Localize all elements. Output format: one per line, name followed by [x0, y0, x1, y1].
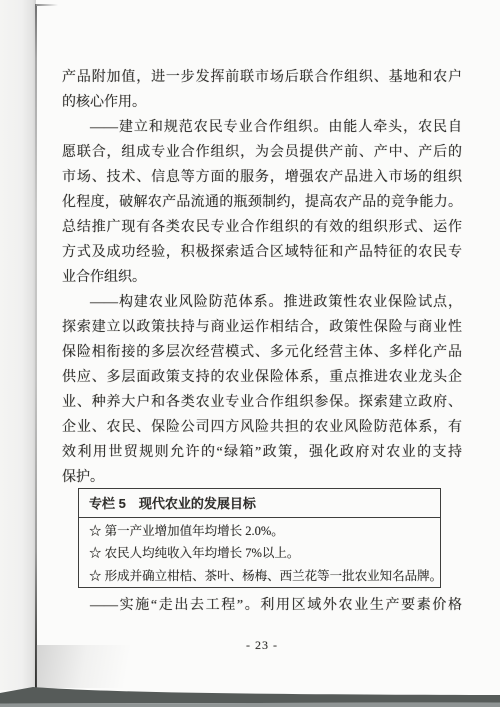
callout-box-items: ☆ 第一产业增加值年均增长 2.0%。☆ 农民人均纯收入年均增长 7%以上。☆ … — [79, 520, 440, 587]
body-text-column: 产品附加值，进一步发挥前联市场后联合作组织、基地和农户的核心作用。——建立和规范… — [62, 65, 462, 490]
body-text-line: 市场、技术、信息等方面的服务，增强农产品进入市场的组织 — [62, 165, 462, 190]
body-text-line: 保护。 — [62, 465, 462, 490]
body-text-line: 的核心作用。 — [62, 90, 462, 115]
scan-band-dark-shape — [0, 687, 500, 704]
body-text-line: 企业、农民、保险公司四方风险共担的农业风险防范体系，有 — [62, 415, 462, 440]
body-text-line: ——构建农业风险防范体系。推进政策性农业保险试点， — [62, 290, 462, 315]
body-text-line: 化程度，破解农产品流通的瓶颈制约，提高农产品的竞争能力。 — [62, 190, 462, 215]
body-text-line: 保险相衔接的多层次经营模式、多元化经营主体、多样化产品 — [62, 340, 462, 365]
callout-box-title: 专栏 5 现代农业的发展目标 — [79, 489, 440, 518]
scanned-document-page: 产品附加值，进一步发挥前联市场后联合作组织、基地和农户的核心作用。——建立和规范… — [0, 0, 500, 707]
page-spine-edge-line — [35, 4, 37, 688]
body-text-line: 产品附加值，进一步发挥前联市场后联合作组织、基地和农户 — [62, 65, 462, 90]
body-text-line: 业、种养大户和各类农业专业合作组织参保。探索建立政府、 — [62, 390, 462, 415]
callout-box: 专栏 5 现代农业的发展目标 ☆ 第一产业增加值年均增长 2.0%。☆ 农民人均… — [78, 488, 441, 588]
scan-left-margin — [0, 0, 36, 690]
body-text-line: 总结推广现有各类农民专业合作组织的有效的组织形式、运作 — [62, 215, 462, 240]
scan-bottom-shadow — [0, 680, 500, 707]
body-text-line: 探索建立以政策扶持与商业运作相结合，政策性保险与商业性 — [62, 315, 462, 340]
body-text-line: 效利用世贸规则允许的“绿箱”政策，强化政府对农业的支持 — [62, 440, 462, 465]
callout-box-item: ☆ 农民人均纯收入年均增长 7%以上。 — [79, 542, 440, 564]
page-number: - 23 - — [62, 638, 462, 653]
body-text-line: 业合作组织。 — [62, 265, 462, 290]
body-text-line: ——实施“走出去工程”。利用区域外农业生产要素价格 — [62, 593, 462, 618]
body-text-line: 供应、多层面政策支持的农业保险体系，重点推进农业龙头企 — [62, 365, 462, 390]
page-corner-edge-line — [36, 4, 58, 6]
after-box-text-column: ——实施“走出去工程”。利用区域外农业生产要素价格 — [62, 593, 462, 618]
callout-box-item: ☆ 第一产业增加值年均增长 2.0%。 — [79, 520, 440, 542]
callout-box-item: ☆ 形成并确立柑桔、茶叶、杨梅、西兰花等一批农业知名品牌。 — [79, 565, 440, 587]
body-text-line: 愿联合，组成专业合作组织，为会员提供产前、产中、产后的 — [62, 140, 462, 165]
body-text-line: 方式及成功经验，积极探索适合区域特征和产品特征的农民专 — [62, 240, 462, 265]
body-text-line: ——建立和规范农民专业合作组织。由能人牵头，农民自 — [62, 115, 462, 140]
